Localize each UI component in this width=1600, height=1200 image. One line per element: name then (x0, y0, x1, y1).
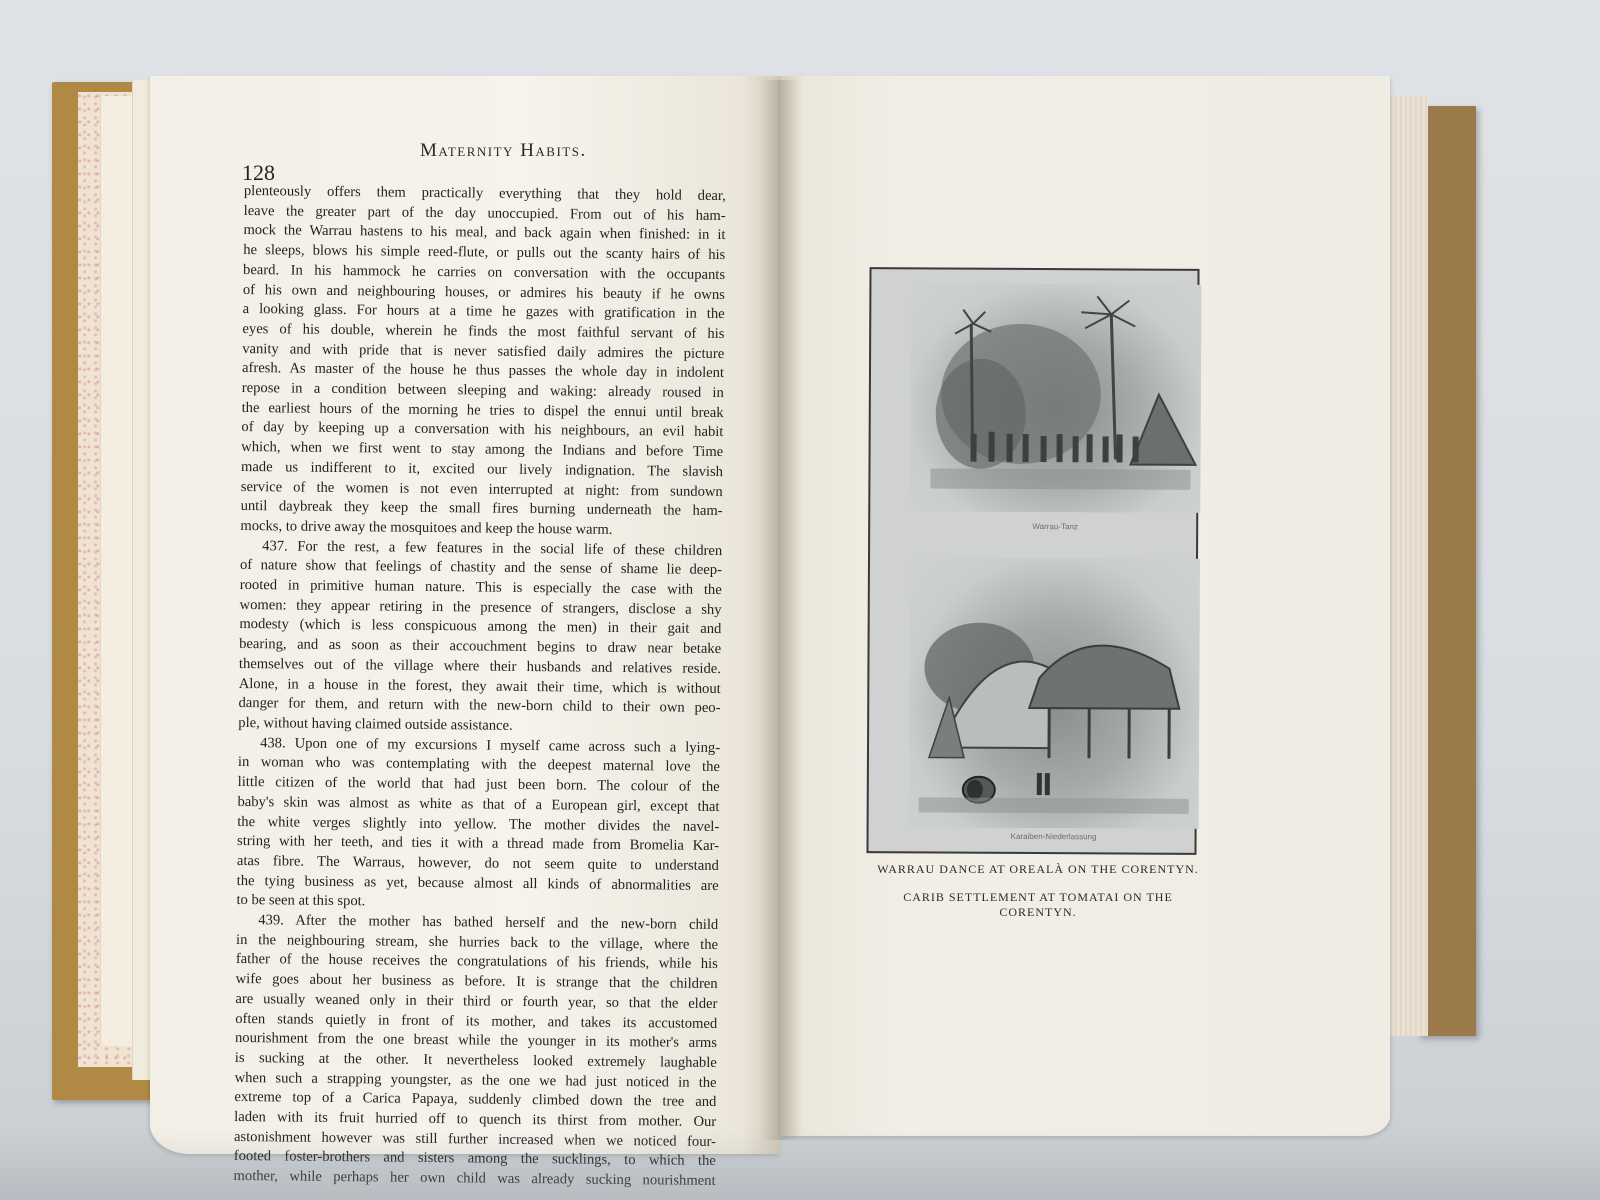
settlement-scene-icon (909, 557, 1200, 829)
inner-caption-bottom: Karaiben-Niederlassung (909, 831, 1199, 842)
plate-caption-warrau-dance: Warrau dance at Orealà on the Corentyn. (868, 862, 1208, 877)
page-edges-right (1386, 96, 1428, 1036)
plate-caption-carib-settlement: Carib settlement at Tomatai on the Coren… (868, 890, 1208, 920)
inner-caption-top: Warrau-Tanz (910, 521, 1200, 532)
illustration-plate: Warrau-Tanz Karaiben-Niederlassung (866, 267, 1199, 855)
dance-scene-icon (910, 283, 1201, 513)
running-head: Maternity Habits. (420, 140, 587, 162)
book-gutter (760, 80, 800, 1140)
surface-shadow (0, 1130, 1600, 1200)
body-text: plenteously offers them practically ever… (233, 182, 725, 1192)
illustration-carib-settlement: Karaiben-Niederlassung (909, 557, 1200, 829)
illustration-warrau-dance: Warrau-Tanz (910, 283, 1201, 513)
